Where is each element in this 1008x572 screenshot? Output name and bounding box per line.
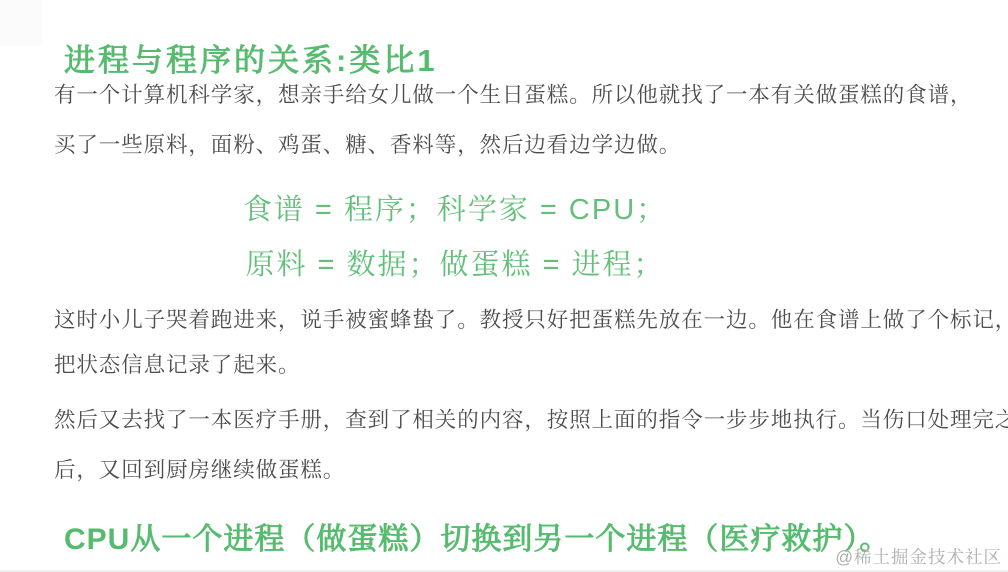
story-paragraph3-line2: 后，又回到厨房继续做蛋糕。 [54, 453, 345, 484]
story-paragraph1-line1: 有一个计算机科学家，想亲手给女儿做一个生日蛋糕。所以他就找了一本有关做蛋糕的食谱… [54, 78, 972, 109]
conclusion-statement: CPU从一个进程（做蛋糕）切换到另一个进程（医疗救护）。 [64, 514, 890, 558]
story-paragraph1-line2: 买了一些原料，面粉、鸡蛋、糖、香料等，然后边看边学边做。 [54, 128, 681, 159]
story-paragraph2-line1: 这时小儿子哭着跑进来，说手被蜜蜂蛰了。教授只好把蛋糕先放在一边。他在食谱上做了个… [54, 303, 1008, 334]
story-paragraph3-line1: 然后又去找了一本医疗手册，查到了相关的内容，按照上面的指令一步步地执行。当伤口处… [54, 403, 1008, 434]
page-title: 进程与程序的关系:类比1 [64, 35, 438, 80]
analogy-equation-line2: 原料 = 数据；做蛋糕 = 进程； [60, 242, 850, 283]
analogy-equation-line1: 食谱 = 程序；科学家 = CPU； [60, 187, 850, 228]
corner-artifact [0, 0, 42, 46]
lecture-slide: 进程与程序的关系:类比1 有一个计算机科学家，想亲手给女儿做一个生日蛋糕。所以他… [0, 0, 1008, 572]
watermark: @稀土掘金技术社区 [835, 544, 1002, 569]
story-paragraph2-line2: 把状态信息记录了起来。 [54, 348, 300, 379]
